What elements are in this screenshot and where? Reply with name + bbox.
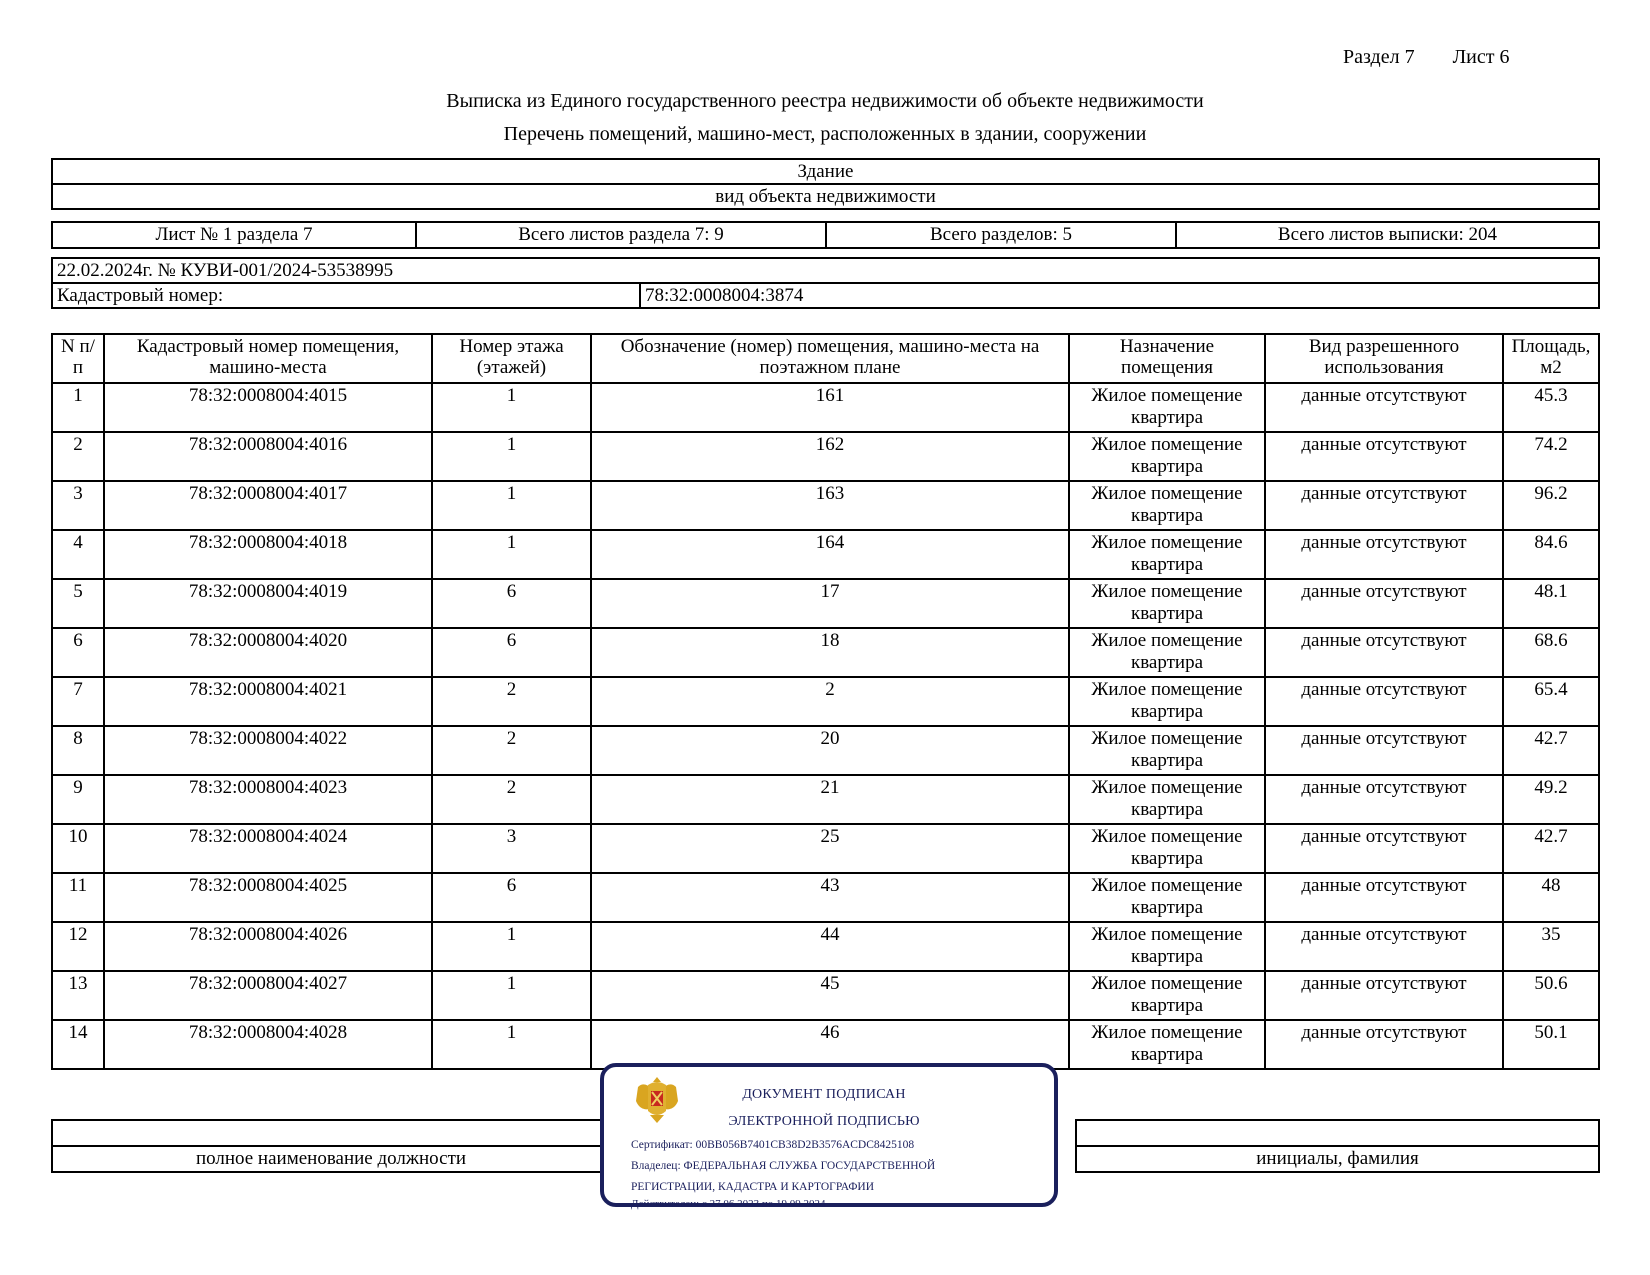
room-area: 96.2: [1503, 481, 1599, 530]
floor-number: 1: [432, 1020, 591, 1069]
room-area: 84.6: [1503, 530, 1599, 579]
row-number: 3: [52, 481, 104, 530]
permitted-use: данные отсутствуют: [1265, 579, 1503, 628]
rooms-table: N п/п Кадастровый номер помещения, машин…: [51, 333, 1600, 1070]
room-purpose: Жилое помещение квартира: [1069, 383, 1265, 432]
row-number: 7: [52, 677, 104, 726]
col-header-permitted-use: Вид разрешенного использования: [1265, 334, 1503, 383]
table-row: 478:32:0008004:40181164Жилое помещение к…: [52, 530, 1599, 579]
sheets-info-table: Лист № 1 раздела 7 Всего листов раздела …: [51, 221, 1600, 249]
permitted-use: данные отсутствуют: [1265, 481, 1503, 530]
col-header-floor: Номер этажа (этажей): [432, 334, 591, 383]
table-row: 778:32:0008004:402122Жилое помещение ква…: [52, 677, 1599, 726]
room-area: 48.1: [1503, 579, 1599, 628]
permitted-use: данные отсутствуют: [1265, 726, 1503, 775]
stamp-title-line2: ЭЛЕКТРОННОЙ ПОДПИСЬЮ: [704, 1114, 944, 1130]
room-area: 68.6: [1503, 628, 1599, 677]
table-row: 378:32:0008004:40171163Жилое помещение к…: [52, 481, 1599, 530]
room-cadastral-number: 78:32:0008004:4028: [104, 1020, 432, 1069]
room-cadastral-number: 78:32:0008004:4025: [104, 873, 432, 922]
document-subtitle: Перечень помещений, машино-мест, располо…: [0, 123, 1650, 146]
row-number: 12: [52, 922, 104, 971]
row-number: 1: [52, 383, 104, 432]
room-cadastral-number: 78:32:0008004:4018: [104, 530, 432, 579]
object-type-value: Здание: [52, 159, 1599, 184]
floor-number: 1: [432, 481, 591, 530]
name-field: [1076, 1120, 1599, 1146]
room-area: 45.3: [1503, 383, 1599, 432]
col-header-number: N п/п: [52, 334, 104, 383]
stamp-certificate: Сертификат: 00BB056B7401CB38D2B3576ACDC8…: [631, 1139, 914, 1151]
table-row: 1278:32:0008004:4026144Жилое помещение к…: [52, 922, 1599, 971]
room-purpose: Жилое помещение квартира: [1069, 824, 1265, 873]
table-row: 178:32:0008004:40151161Жилое помещение к…: [52, 383, 1599, 432]
room-designation: 20: [591, 726, 1069, 775]
room-area: 42.7: [1503, 726, 1599, 775]
col-header-area: Площадь, м2: [1503, 334, 1599, 383]
table-row: 278:32:0008004:40161162Жилое помещение к…: [52, 432, 1599, 481]
table-row: 678:32:0008004:4020618Жилое помещение кв…: [52, 628, 1599, 677]
room-purpose: Жилое помещение квартира: [1069, 432, 1265, 481]
row-number: 13: [52, 971, 104, 1020]
room-area: 50.1: [1503, 1020, 1599, 1069]
section-label: Раздел 7: [1343, 46, 1415, 68]
row-number: 4: [52, 530, 104, 579]
row-number: 2: [52, 432, 104, 481]
permitted-use: данные отсутствуют: [1265, 775, 1503, 824]
room-cadastral-number: 78:32:0008004:4017: [104, 481, 432, 530]
row-number: 10: [52, 824, 104, 873]
table-row: 1478:32:0008004:4028146Жилое помещение к…: [52, 1020, 1599, 1069]
cadastral-number-label: Кадастровый номер:: [52, 283, 640, 308]
room-purpose: Жилое помещение квартира: [1069, 726, 1265, 775]
room-area: 35: [1503, 922, 1599, 971]
coat-of-arms-icon: [632, 1073, 682, 1129]
room-purpose: Жилое помещение квартира: [1069, 628, 1265, 677]
object-type-table: Здание вид объекта недвижимости: [51, 158, 1600, 210]
total-sheets-extract: Всего листов выписки: 204: [1176, 222, 1599, 248]
sheet-of-section: Лист № 1 раздела 7: [52, 222, 416, 248]
room-purpose: Жилое помещение квартира: [1069, 775, 1265, 824]
room-area: 42.7: [1503, 824, 1599, 873]
permitted-use: данные отсутствуют: [1265, 432, 1503, 481]
sheet-label: Лист 6: [1453, 46, 1510, 68]
floor-number: 6: [432, 628, 591, 677]
room-designation: 17: [591, 579, 1069, 628]
room-purpose: Жилое помещение квартира: [1069, 530, 1265, 579]
page-header: Раздел 7Лист 6: [1343, 46, 1509, 69]
position-field: [52, 1120, 610, 1146]
position-caption: полное наименование должности: [52, 1146, 610, 1172]
rooms-table-header: N п/п Кадастровый номер помещения, машин…: [52, 334, 1599, 383]
room-designation: 163: [591, 481, 1069, 530]
room-cadastral-number: 78:32:0008004:4027: [104, 971, 432, 1020]
floor-number: 1: [432, 971, 591, 1020]
room-cadastral-number: 78:32:0008004:4024: [104, 824, 432, 873]
room-cadastral-number: 78:32:0008004:4019: [104, 579, 432, 628]
room-designation: 18: [591, 628, 1069, 677]
floor-number: 6: [432, 579, 591, 628]
room-purpose: Жилое помещение квартира: [1069, 1020, 1265, 1069]
room-cadastral-number: 78:32:0008004:4016: [104, 432, 432, 481]
room-area: 65.4: [1503, 677, 1599, 726]
floor-number: 2: [432, 775, 591, 824]
table-row: 978:32:0008004:4023221Жилое помещение кв…: [52, 775, 1599, 824]
room-area: 74.2: [1503, 432, 1599, 481]
table-row: 1378:32:0008004:4027145Жилое помещение к…: [52, 971, 1599, 1020]
row-number: 6: [52, 628, 104, 677]
cadastral-number-value: 78:32:0008004:3874: [640, 283, 1599, 308]
table-row: 878:32:0008004:4022220Жилое помещение кв…: [52, 726, 1599, 775]
room-designation: 162: [591, 432, 1069, 481]
table-row: 1178:32:0008004:4025643Жилое помещение к…: [52, 873, 1599, 922]
floor-number: 1: [432, 530, 591, 579]
room-cadastral-number: 78:32:0008004:4022: [104, 726, 432, 775]
room-cadastral-number: 78:32:0008004:4021: [104, 677, 432, 726]
permitted-use: данные отсутствуют: [1265, 1020, 1503, 1069]
room-designation: 21: [591, 775, 1069, 824]
row-number: 14: [52, 1020, 104, 1069]
room-designation: 46: [591, 1020, 1069, 1069]
permitted-use: данные отсутствуют: [1265, 383, 1503, 432]
room-cadastral-number: 78:32:0008004:4026: [104, 922, 432, 971]
floor-number: 1: [432, 922, 591, 971]
room-purpose: Жилое помещение квартира: [1069, 677, 1265, 726]
permitted-use: данные отсутствуют: [1265, 530, 1503, 579]
permitted-use: данные отсутствуют: [1265, 971, 1503, 1020]
room-purpose: Жилое помещение квартира: [1069, 579, 1265, 628]
electronic-signature-stamp: ДОКУМЕНТ ПОДПИСАН ЭЛЕКТРОННОЙ ПОДПИСЬЮ С…: [600, 1063, 1058, 1207]
col-header-cadastral: Кадастровый номер помещения, машино-мест…: [104, 334, 432, 383]
total-sections: Всего разделов: 5: [826, 222, 1176, 248]
stamp-owner-line2: РЕГИСТРАЦИИ, КАДАСТРА И КАРТОГРАФИИ: [631, 1181, 874, 1193]
name-caption: инициалы, фамилия: [1076, 1146, 1599, 1172]
floor-number: 6: [432, 873, 591, 922]
room-designation: 161: [591, 383, 1069, 432]
room-purpose: Жилое помещение квартира: [1069, 481, 1265, 530]
object-type-caption: вид объекта недвижимости: [52, 184, 1599, 209]
room-designation: 164: [591, 530, 1069, 579]
table-row: 578:32:0008004:4019617Жилое помещение кв…: [52, 579, 1599, 628]
room-cadastral-number: 78:32:0008004:4020: [104, 628, 432, 677]
permitted-use: данные отсутствуют: [1265, 922, 1503, 971]
floor-number: 3: [432, 824, 591, 873]
room-area: 49.2: [1503, 775, 1599, 824]
col-header-designation: Обозначение (номер) помещения, машино-ме…: [591, 334, 1069, 383]
row-number: 9: [52, 775, 104, 824]
room-cadastral-number: 78:32:0008004:4015: [104, 383, 432, 432]
room-purpose: Жилое помещение квартира: [1069, 873, 1265, 922]
room-designation: 25: [591, 824, 1069, 873]
room-purpose: Жилое помещение квартира: [1069, 922, 1265, 971]
extract-date-number: 22.02.2024г. № КУВИ-001/2024-53538995: [52, 258, 1599, 283]
total-sheets-section: Всего листов раздела 7: 9: [416, 222, 826, 248]
room-designation: 43: [591, 873, 1069, 922]
stamp-title-line1: ДОКУМЕНТ ПОДПИСАН: [704, 1087, 944, 1103]
document-title: Выписка из Единого государственного реес…: [0, 90, 1650, 113]
room-area: 50.6: [1503, 971, 1599, 1020]
col-header-purpose: Назначение помещения: [1069, 334, 1265, 383]
permitted-use: данные отсутствуют: [1265, 824, 1503, 873]
floor-number: 2: [432, 677, 591, 726]
row-number: 8: [52, 726, 104, 775]
floor-number: 1: [432, 432, 591, 481]
room-purpose: Жилое помещение квартира: [1069, 971, 1265, 1020]
row-number: 5: [52, 579, 104, 628]
room-area: 48: [1503, 873, 1599, 922]
room-designation: 45: [591, 971, 1069, 1020]
room-designation: 44: [591, 922, 1069, 971]
floor-number: 1: [432, 383, 591, 432]
room-cadastral-number: 78:32:0008004:4023: [104, 775, 432, 824]
extract-info-table: 22.02.2024г. № КУВИ-001/2024-53538995 Ка…: [51, 257, 1600, 309]
stamp-owner-line1: Владелец: ФЕДЕРАЛЬНАЯ СЛУЖБА ГОСУДАРСТВЕ…: [631, 1160, 935, 1172]
permitted-use: данные отсутствуют: [1265, 873, 1503, 922]
row-number: 11: [52, 873, 104, 922]
floor-number: 2: [432, 726, 591, 775]
permitted-use: данные отсутствуют: [1265, 628, 1503, 677]
stamp-validity: Действителен: с 27.06.2023 по 19.09.2024: [631, 1198, 825, 1210]
table-row: 1078:32:0008004:4024325Жилое помещение к…: [52, 824, 1599, 873]
room-designation: 2: [591, 677, 1069, 726]
permitted-use: данные отсутствуют: [1265, 677, 1503, 726]
